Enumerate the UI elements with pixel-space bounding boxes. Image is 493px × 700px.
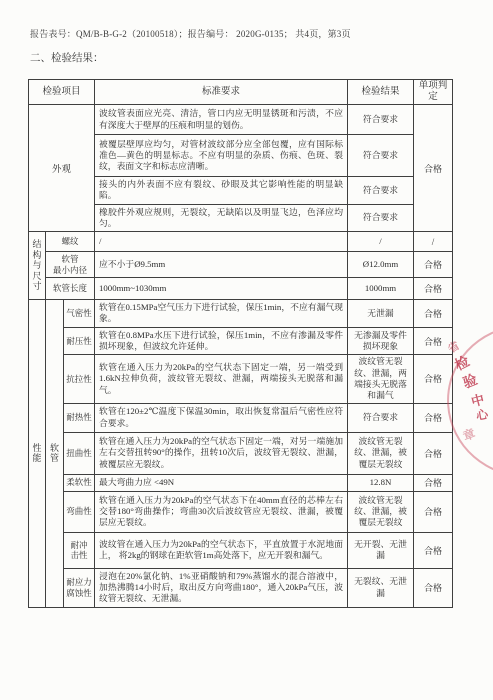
header-row: 检验项目 标准要求 检验结果 单项判定	[29, 80, 453, 105]
group-appearance: 外观	[29, 105, 95, 232]
item-cell: 软管 最小内径	[46, 252, 95, 278]
requirement-cell: 波纹管在通入压力为20kPa的空气状态下，平直放置于水泥地面上， 将2kg的钢球…	[95, 532, 348, 568]
report-meta-line: 报告表号：QM/B-B-G-2（20100518）；报告编号： 2020G-01…	[30, 27, 351, 40]
verdict-cell: 合格	[414, 300, 453, 328]
requirement-cell: 橡胶件外观应规则，无裂纹，无缺陷以及明显飞边，色泽应均匀。	[95, 204, 348, 232]
item-cell: 耐应力 腐蚀性	[64, 568, 95, 607]
header-item: 检验项目	[29, 80, 95, 105]
verdict-cell: 合格	[414, 252, 453, 278]
requirement-cell: 接头的内外表面不应有裂纹、砂眼及其它影响性能的明显缺陷。	[95, 177, 348, 205]
requirement-cell: 最大弯曲力应 <49N	[95, 474, 348, 491]
requirement-cell: /	[95, 232, 348, 252]
requirement-cell: 浸泡在20%氯化钠、1%亚硝酸钠和79%蒸馏水的混合溶液中，加热沸腾14小时后，…	[95, 568, 348, 607]
result-cell: 无渗漏及零件损坏现象	[348, 327, 414, 355]
verdict-cell: 合格	[414, 432, 453, 474]
result-cell: 符合要求	[348, 105, 414, 135]
requirement-cell: 软管在0.15MPa空气压力下进行试验，保压1min，不应有漏气现象。	[95, 300, 348, 328]
item-cell: 耐热性	[64, 403, 95, 432]
group-performance: 性能	[29, 300, 46, 607]
result-cell: 12.8N	[348, 474, 414, 491]
item-cell: 螺纹	[46, 232, 95, 252]
requirement-cell: 波纹管表面应光亮、清洁，管口内应无明显锈斑和污渍，不应有深度大于壁厚的压痕和明显…	[95, 105, 348, 135]
item-cell: 扭曲性	[64, 432, 95, 474]
requirement-cell: 1000mm~1030mm	[95, 278, 348, 300]
result-cell: 符合要求	[348, 403, 414, 432]
item-cell: 耐冲 击性	[64, 532, 95, 568]
verdict-cell: 合格	[414, 491, 453, 532]
item-cell: 气密性	[64, 300, 95, 328]
requirement-cell: 应不小于Ø9.5mm	[95, 252, 348, 278]
header-requirement: 标准要求	[95, 80, 348, 105]
result-cell: 无开裂、无泄漏	[348, 532, 414, 568]
requirement-cell: 软管在0.8MPa水压下进行试验，保压1min，不应有渗漏及零件损坏现象，但波纹…	[95, 327, 348, 355]
table-row: 结构与尺寸 螺纹 / / /	[29, 232, 453, 252]
result-cell: 符合要求	[348, 204, 414, 232]
requirement-cell: 软管在通入压力为20kPa的空气状态下固定一端，另一端受到1.6kN拉伸负荷，波…	[95, 355, 348, 403]
table-row: 耐应力 腐蚀性 浸泡在20%氯化钠、1%亚硝酸钠和79%蒸馏水的混合溶液中，加热…	[29, 568, 453, 607]
item-cell: 软管长度	[46, 278, 95, 300]
header-verdict: 单项判定	[414, 80, 453, 105]
table-row: 扭曲性 软管在通入压力为20kPa的空气状态下固定一端，对另一端施加左右交替扭转…	[29, 432, 453, 474]
table-row: 软管 最小内径 应不小于Ø9.5mm Ø12.0mm 合格	[29, 252, 453, 278]
item-cell: 抗拉性	[64, 355, 95, 403]
result-cell: 无泄漏	[348, 300, 414, 328]
verdict-cell: 合格	[414, 532, 453, 568]
result-cell: 符合要求	[348, 135, 414, 177]
scanned-report-page: 报告表号：QM/B-B-G-2（20100518）；报告编号： 2020G-01…	[0, 0, 493, 700]
result-cell: Ø12.0mm	[348, 252, 414, 278]
subgroup-hose: 软管	[46, 300, 64, 607]
result-cell: 波纹管无裂纹、泄漏，两端接头无脱落和漏气	[348, 355, 414, 403]
result-cell: 波纹管无裂纹、泄漏，被覆层无裂纹	[348, 432, 414, 474]
group-structure-dimensions: 结构与尺寸	[29, 232, 46, 300]
result-cell: 波纹管无裂纹、泄漏，被覆层无裂纹	[348, 491, 414, 532]
requirement-cell: 软管在120±2℃温度下保温30min，取出恢复常温后气密性应符合要求。	[95, 403, 348, 432]
header-result: 检验结果	[348, 80, 414, 105]
requirement-cell: 软管在通入压力为20kPa的空气状态下在40mm直径的芯棒左右交替180°弯曲操…	[95, 491, 348, 532]
item-cell: 柔软性	[64, 474, 95, 491]
table-row: 耐热性 软管在120±2℃温度下保温30min，取出恢复常温后气密性应符合要求。…	[29, 403, 453, 432]
table-row: 软管长度 1000mm~1030mm 1000mm 合格	[29, 278, 453, 300]
table-row: 柔软性 最大弯曲力应 <49N 12.8N 合格	[29, 474, 453, 491]
requirement-cell: 软管在通入压力为20kPa的空气状态下固定一端，对另一端施加左右交替扭转90°的…	[95, 432, 348, 474]
result-cell: /	[348, 232, 414, 252]
item-cell: 弯曲性	[64, 491, 95, 532]
verdict-cell: 合格	[414, 105, 453, 232]
verdict-cell: 合格	[414, 278, 453, 300]
table-row: 耐冲 击性 波纹管在通入压力为20kPa的空气状态下，平直放置于水泥地面上， 将…	[29, 532, 453, 568]
item-cell: 耐压性	[64, 327, 95, 355]
table-row: 性能 软管 气密性 软管在0.15MPa空气压力下进行试验，保压1min，不应有…	[29, 300, 453, 328]
table-row: 抗拉性 软管在通入压力为20kPa的空气状态下固定一端，另一端受到1.6kN拉伸…	[29, 355, 453, 403]
table-row: 外观 波纹管表面应光亮、清洁，管口内应无明显锈斑和污渍，不应有深度大于壁厚的压痕…	[29, 105, 453, 135]
section-title: 二、检验结果：	[30, 50, 104, 65]
result-cell: 符合要求	[348, 177, 414, 205]
table-row: 耐压性 软管在0.8MPa水压下进行试验，保压1min，不应有渗漏及零件损坏现象…	[29, 327, 453, 355]
table-row: 弯曲性 软管在通入压力为20kPa的空气状态下在40mm直径的芯棒左右交替180…	[29, 491, 453, 532]
verdict-cell: /	[414, 232, 453, 252]
verdict-cell: 合格	[414, 474, 453, 491]
requirement-cell: 被覆层壁厚应均匀，对管材波纹部分应全部包覆，应有国际标准色—黄色的明显标志。不应…	[95, 135, 348, 177]
verdict-cell: 合格	[414, 568, 453, 607]
inspection-results-table: 检验项目 标准要求 检验结果 单项判定 外观 波纹管表面应光亮、清洁，管口内应无…	[28, 79, 453, 608]
result-cell: 1000mm	[348, 278, 414, 300]
result-cell: 无裂纹、无泄漏	[348, 568, 414, 607]
